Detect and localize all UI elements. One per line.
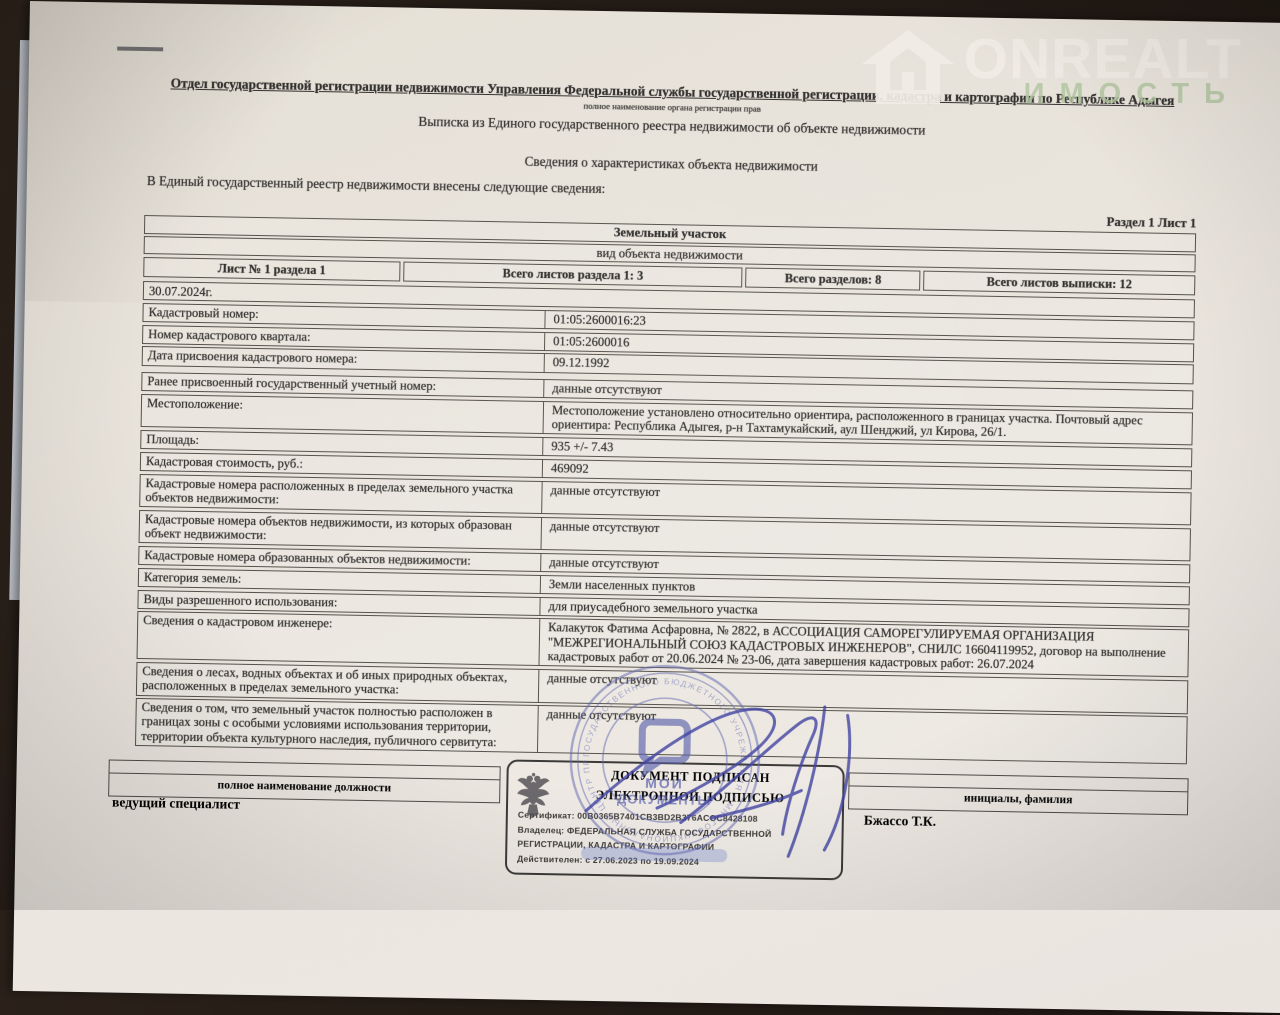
sheet-info-cell: Всего разделов: 8 <box>746 268 921 291</box>
row-label: Категория земель: <box>139 569 541 593</box>
position-value: ведущий специалист <box>112 795 240 813</box>
document-sheet: Отдел государственной регистрации недвиж… <box>13 1 1280 910</box>
row-label: Площадь: <box>141 431 543 455</box>
row-label: Дата присвоения кадастрового номера: <box>143 347 545 371</box>
name-caption-box: инициалы, фамилия <box>848 772 1189 815</box>
row-label: Сведения о том, что земельный участок по… <box>136 699 539 752</box>
row-label: Кадастровая стоимость, руб.: <box>141 453 543 477</box>
name-caption: инициалы, фамилия <box>849 785 1187 808</box>
row-label: Кадастровые номера расположенных в преде… <box>140 475 542 514</box>
row-label: Ранее присвоенный государственный учетны… <box>142 373 544 397</box>
sheet-info-cell: Всего листов выписки: 12 <box>923 271 1195 296</box>
handwritten-signature <box>560 640 894 881</box>
row-label: Кадастровые номера образованных объектов… <box>139 547 541 571</box>
row-label: Местоположение: <box>142 395 544 434</box>
row-label: Кадастровый номер: <box>143 304 545 328</box>
sheet-info-cell: Лист № 1 раздела 1 <box>143 257 400 281</box>
row-label: Сведения о лесах, водных объектах и об и… <box>137 663 539 702</box>
row-label: Сведения о кадастровом инженере: <box>138 612 541 665</box>
row-label: Кадастровые номера объектов недвижимости… <box>140 511 542 550</box>
position-caption: полное наименование должности <box>109 773 499 797</box>
row-label: Виды разрешенного использования: <box>138 591 540 615</box>
row-label: Номер кадастрового квартала: <box>143 326 545 350</box>
rosreestr-eagle-icon <box>516 769 551 822</box>
sheet-info-cell: Всего листов раздела 1: 3 <box>403 262 743 288</box>
